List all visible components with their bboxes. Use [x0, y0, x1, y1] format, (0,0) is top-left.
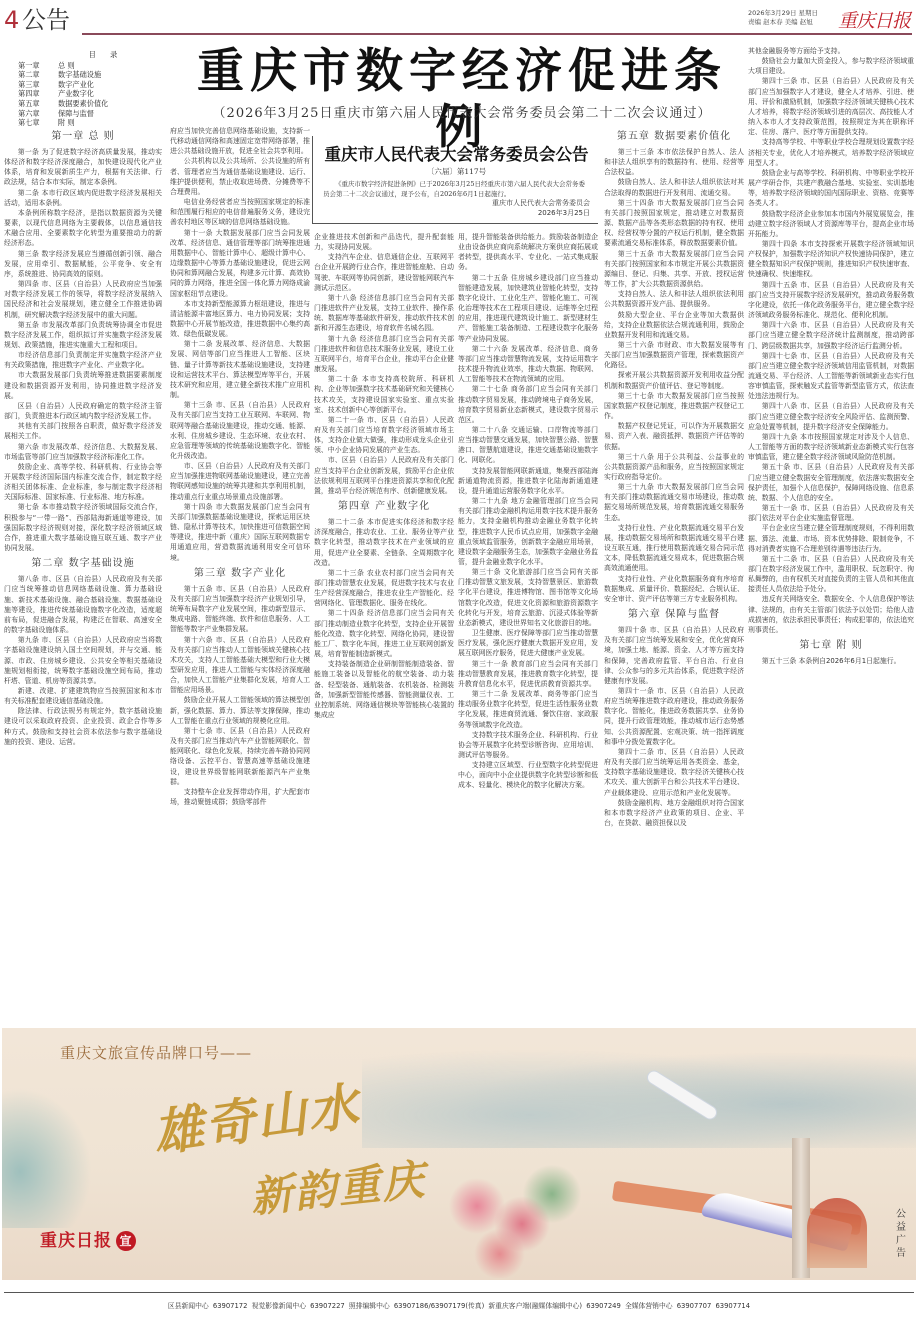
article-paragraph: 鼓励企业与高等学校、科研机构、中等职业学校开展产学研合作，共建产教融合基地、实验… — [748, 168, 914, 209]
article-paragraph: 数据产权登记凭证，可以作为开展数据交易、资产入表、融资抵押、数据资产评估等的依据… — [604, 421, 744, 451]
flowers-illustration — [432, 1158, 582, 1278]
article-paragraph: 第六条 市发展改革、经济信息、大数据发展、市场监管等部门应当加强数字经济标准化工… — [4, 442, 162, 462]
article-paragraph: 第十六条 市、区县（自治县）人民政府及有关部门应当推动人工智能领域关键核心技术攻… — [170, 635, 310, 696]
article-paragraph: 市经济信息部门负责制定并实施数字经济产业有关政策措施，推进数字产业化、产业数字化… — [4, 350, 162, 370]
toc-chapter-number: 第四章 — [18, 89, 58, 99]
text-column-3: 企业推进技术创新和产品迭代，提升配套能力，实现协同发展。支持汽车企业、信息通信企… — [314, 232, 454, 1026]
article-paragraph: 第四十四条 本市支持探索开展数字经济领域知识产权保护，加强数字经济知识产权快速协… — [748, 239, 914, 280]
article-paragraph: 第四十九条 本市按照国家规定对涉及个人信息、人工智能等方面的数字经济领域新业态新… — [748, 432, 914, 462]
ad-brand-name: 重庆日报 — [40, 1231, 112, 1251]
chapter-heading: 第三章 数字产业化 — [170, 565, 310, 582]
article-paragraph: 区县（自治县）人民政府确定的数字经济主管部门，负责推进本行政区域内数字经济发展工… — [4, 401, 162, 421]
article-paragraph: 第二十条 本市支持高校院所、科研机构、企业等加强数字技术基础研究和关键核心技术攻… — [314, 374, 454, 415]
footer-rule — [4, 1292, 914, 1293]
article-paragraph: 第二十九条 地方金融管理部门应当会同有关部门推动金融机构运用数字技术提升服务能力… — [458, 496, 598, 567]
newspaper-logo: 重庆日报 — [838, 6, 910, 33]
article-paragraph: 第二十二条 本市促进实体经济和数字经济深度融合，推动农业、工业、服务业等产业数字… — [314, 517, 454, 568]
ad-slogan-line2: 新韵重庆 — [247, 1147, 428, 1225]
article-paragraph: 违反有关网络安全、数据安全、个人信息保护等法律、法规的，由有关主管部门依法予以处… — [748, 594, 914, 635]
article-paragraph: 第三十二条 发展改革、商务等部门应当推动服务业数字化转型，促进生活性服务业数字化… — [458, 689, 598, 730]
toc-chapter-number: 第二章 — [18, 70, 58, 80]
article-paragraph: 支持建立区域型、行业型数字化转型促进中心，面向中小企业提供数字化转型诊断和低成本… — [458, 760, 598, 790]
article-paragraph: 府应当加快完善信息网络基础设施，支持新一代移动通信网络和高速固定宽带网络部署，推… — [170, 126, 310, 156]
toc-chapter-name: 数字基础设施 — [58, 70, 101, 80]
article-paragraph: 第十九条 经济信息部门应当会同有关部门推进软件和信息技术服务业发展，建设工业互联… — [314, 334, 454, 375]
article-paragraph: 支持行业性、产业化数据服务商有序培育数据集成、质量评价、数据经纪、合规认证、安全… — [604, 574, 744, 604]
table-of-contents: 目 录 第一章总 则第二章数字基础设施第三章数字产业化第四章产业数字化第五章数据… — [18, 50, 158, 128]
toc-chapter-name: 保障与监督 — [58, 109, 94, 119]
official-notice: 重庆市人民代表大会常务委员会公告 〔六届〕第117号 《重庆市数字经济促进条例》… — [312, 136, 598, 224]
page-subtitle: （2026年3月25日重庆市第六届人民代表大会常务委员会第二十二次会议通过） — [172, 102, 752, 121]
article-paragraph: 第二条 本市行政区域内促进数字经济发展相关活动，适用本条例。 — [4, 188, 162, 208]
toc-chapter-name: 数据要素价值化 — [58, 99, 108, 109]
text-column-2: 府应当加快完善信息网络基础设施，支持新一代移动通信网络和高速固定宽带网络部署，推… — [170, 126, 310, 1026]
article-paragraph: 第四十八条 市、区县（自治县）人民政府及有关部门应当建立健全数字经济安全风险评估… — [748, 401, 914, 431]
article-paragraph: 第三十条 文化旅游部门应当会同有关部门推动智慧文旅发展，支持智慧景区、旅游数字化… — [458, 567, 598, 628]
article-paragraph: 支持自然人、法人和非法人组织依法利用公共数据资源开发产品、提供服务。 — [604, 289, 744, 309]
chapter-heading: 第七章 附 则 — [748, 637, 914, 654]
article-paragraph: 第三十一条 教育部门应当会同有关部门推动智慧教育发展，推进教育数字化转型，提升教… — [458, 659, 598, 689]
article-paragraph: 第四十五条 市、区县（自治县）人民政府及有关部门应当支持开展数字经济发展研究，推… — [748, 280, 914, 321]
mountain-illustration — [362, 1038, 916, 1148]
article-paragraph: 第三十四条 市大数据发展部门应当会同有关部门按照国家规定，推动建立对数据资源、数… — [604, 198, 744, 249]
article-paragraph: 第五十三条 本条例自2026年6月1日起施行。 — [748, 656, 914, 666]
article-paragraph: 第十八条 经济信息部门应当会同有关部门推进软件产业发展，支持工业软件、操作系统、… — [314, 293, 454, 334]
article-paragraph: 公共机构以及公共场所、公共设施的所有者、管理者应当为通信基础设施建设、运行、维护… — [170, 156, 310, 197]
article-paragraph: 第十五条 市、区县（自治县）人民政府及有关部门应当加强数字经济产业规划引导，统筹… — [170, 584, 310, 635]
article-paragraph: 鼓励金融机构、地方金融组织对符合国家和本市数字经济产业政策的项目、企业、平台，在… — [604, 798, 744, 828]
article-paragraph: 鼓励社会力量加大资金投入，参与数字经济领域重大项目建设。 — [748, 56, 914, 76]
public-service-ad: 重庆文旅宣传品牌口号—— 雄奇山水 新韵重庆 重庆日报宣 公益广告 — [2, 1028, 916, 1280]
article-paragraph: 鼓励大型企业、平台企业等加大数据供给，支持企业数据依法合规流通利用，鼓励企业数据… — [604, 310, 744, 340]
section-name: 公告 — [22, 6, 70, 34]
toc-item: 第三章数字产业化 — [18, 80, 158, 90]
page-number: 4 — [4, 6, 19, 34]
article-paragraph: 第五条 市发展改革部门负责统筹协调全市促进数字经济发展工作，组织拟订并实施数字经… — [4, 320, 162, 350]
toc-chapter-number: 第一章 — [18, 61, 58, 71]
article-paragraph: 其他金融服务等方面给予支持。 — [748, 46, 914, 56]
article-paragraph: 支持行业性、产业化数据流通交易平台发展，推动数据交易场所和数据流通交易平台建设互… — [604, 523, 744, 574]
toc-item: 第二章数字基础设施 — [18, 70, 158, 80]
article-paragraph: 第二十一条 市、区县（自治县）人民政府及有关部门应当培育数字经济领域市场主体，支… — [314, 415, 454, 456]
article-paragraph: 鼓励企业开展人工智能领域的算法模型创新，强化数据、算力、算法等支撑保障，推动人工… — [170, 695, 310, 725]
toc-item: 第六章保障与监督 — [18, 109, 158, 119]
toc-chapter-name: 产业数字化 — [58, 89, 94, 99]
article-paragraph: 支持汽车企业、信息通信企业、互联网平台企业开展跨行业合作，推进智能座舱、自动驾驶… — [314, 252, 454, 293]
article-paragraph: 新建、改建、扩建建筑物应当按照国家和本市有关标准配套建设通信基础设施。 — [4, 686, 162, 706]
mountain-illustration-left — [2, 1088, 92, 1228]
footer-contacts: 区县新闻中心 63907172 视觉影像新闻中心 63907227 照排编辑中心… — [0, 1300, 918, 1310]
article-paragraph: 第二十四条 经济信息部门应当会同有关部门推动制造业数字化转型，支持企业开展智能化… — [314, 608, 454, 659]
article-paragraph: 鼓励企业、高等学校、科研机构、行业协会等开展数字经济国际国内标准交流合作，制定数… — [4, 462, 162, 503]
article-paragraph: 第九条 市、区县（自治县）人民政府应当将数字基础设施建设纳入国土空间规划，并与交… — [4, 635, 162, 686]
article-paragraph: 支持整车企业发挥带动作用，扩大配套市场，推动聚链成群；鼓励零部件 — [170, 787, 310, 807]
article-paragraph: 市、区县（自治县）人民政府及有关部门应当加强推进物联网基础设施建设，建立完善物联… — [170, 461, 310, 502]
article-paragraph: 第四十一条 市、区县（自治县）人民政府应当统筹推进数字政府建设，推动政务服务数字… — [604, 686, 744, 747]
article-paragraph: 第五十二条 市、区县（自治县）人民政府及有关部门在数字经济发展工作中，滥用职权、… — [748, 554, 914, 595]
issue-date: 2026年3月29日 星期日 — [748, 9, 818, 18]
article-paragraph: 第三条 数字经济发展应当遵循创新引领、融合发展，应用牵引、数据赋能，公平竞争、安… — [4, 249, 162, 279]
article-paragraph: 第五十条 市、区县（自治县）人民政府及有关部门应当建立健全数据安全管理制度，依法… — [748, 462, 914, 503]
masthead-meta: 2026年3月29日 星期日 责编 赵本春 美编 赵旭 — [748, 9, 818, 27]
article-paragraph: 市大数据发展部门负责统筹推进数据要素制度建设和数据资源开发利用，协同推进数字经济… — [4, 370, 162, 400]
notice-date: 2026年3月25日 — [323, 209, 590, 219]
chapter-heading: 第二章 数字基础设施 — [4, 555, 162, 572]
text-column-5: 第五章 数据要素价值化第三十三条 本市依法保护自然人、法人和非法人组织享有的数据… — [604, 126, 744, 1026]
article-paragraph: 第三十三条 本市依法保护自然人、法人和非法人组织享有的数据持有、使用、经营等合法… — [604, 147, 744, 177]
toc-chapter-number: 第三章 — [18, 80, 58, 90]
article-paragraph: 第二十七条 商务部门应当会同有关部门推动数字贸易发展，推动跨境电子商务发展，培育… — [458, 384, 598, 425]
article-paragraph: 鼓励自然人、法人和非法人组织依法对其合法取得的数据进行开发利用、流通交易。 — [604, 177, 744, 197]
notice-body: 《重庆市数字经济促进条例》已于2026年3月25日经重庆市第六届人民代表大会常务… — [323, 180, 590, 199]
article-paragraph: 第二十三条 农业农村部门应当会同有关部门推动智慧农业发展，促进数字技术与农业生产… — [314, 568, 454, 609]
article-paragraph: 第二十五条 住房城乡建设部门应当推动智能建造发展，加快建筑业智能化转型，支持数字… — [458, 273, 598, 344]
toc-chapter-number: 第五章 — [18, 99, 58, 109]
article-paragraph: 第二十八条 交通运输、口岸物流等部门应当推动智慧交通发展，加快智慧公路、智慧港口… — [458, 425, 598, 466]
article-paragraph: 第二十六条 发展改革、经济信息、商务等部门应当推动智慧物流发展，支持运用数字技术… — [458, 344, 598, 385]
ad-side-label: 公益广告 — [894, 1208, 908, 1260]
toc-item: 第一章总 则 — [18, 61, 158, 71]
toc-chapter-number: 第六章 — [18, 109, 58, 119]
article-paragraph: 第七条 本市推动数字经济领域国际交流合作，积极参与“一带一路”、西部陆海新通道等… — [4, 502, 162, 553]
article-paragraph: 除法律、行政法规另有规定外，数字基础设施建设可以采取政府投资、企业投资、政企合作… — [4, 706, 162, 747]
article-paragraph: 第三十五条 市大数据发展部门应当会同有关部门按照国家和本市规定开展公共数据资源编… — [604, 249, 744, 290]
editor-credits: 责编 赵本春 美编 赵旭 — [748, 18, 818, 27]
article-paragraph: 第八条 市、区县（自治县）人民政府及有关部门应当统筹推动信息网络基础设施、算力基… — [4, 574, 162, 635]
article-paragraph: 第四条 市、区县（自治县）人民政府应当加强对数字经济发展工作的领导，将数字经济发… — [4, 279, 162, 320]
article-paragraph: 卫生健康、医疗保障等部门应当推动智慧医疗发展，强化医疗健康大数据开发应用，发展互… — [458, 628, 598, 658]
article-paragraph: 第四十三条 市、区县（自治县）人民政府及有关部门应当加强数字人才建设，健全人才培… — [748, 76, 914, 137]
article-paragraph: 第十四条 市大数据发展部门应当会同有关部门加强数据基础设施建设，探索运用区块链、… — [170, 502, 310, 563]
text-column-4: 用，提升智能装备供给能力。鼓励装备制造企业由设备供应商向系统解决方案供应商拓展或… — [458, 232, 598, 1026]
masthead: 4 公告 2026年3月29日 星期日 责编 赵本春 美编 赵旭 重庆日报 — [0, 0, 918, 40]
article-paragraph: 平台企业应当建立健全管理制度规则，不得利用数据、算法、流量、市场、资本优势排除、… — [748, 523, 914, 553]
chapter-heading: 第五章 数据要素价值化 — [604, 128, 744, 145]
toc-item: 第四章产业数字化 — [18, 89, 158, 99]
notice-number: 〔六届〕第117号 — [323, 166, 590, 178]
toc-chapter-name: 数字产业化 — [58, 80, 94, 90]
pagoda-illustration — [807, 1198, 867, 1268]
article-paragraph: 其他有关部门按照各自职责，做好数字经济发展相关工作。 — [4, 421, 162, 441]
article-paragraph: 支持高等学校、中等职业学校合理规划设置数字经济相关专业，优化人才培养模式，培养数… — [748, 137, 914, 167]
ad-brand: 重庆日报宣 — [40, 1226, 136, 1251]
article-paragraph: 探索开展公共数据资源开发利用收益分配机制和数据资产价值评估、登记等制度。 — [604, 370, 744, 390]
text-column-1: 第一章 总 则第一条 为了促进数字经济高质量发展，推动实体经济和数字经济深度融合… — [4, 126, 162, 1026]
article-paragraph: 第四十六条 市、区县（自治县）人民政府及有关部门应当建立健全数字经济统计监测制度… — [748, 320, 914, 350]
article-paragraph: 用，提升智能装备供给能力。鼓励装备制造企业由设备供应商向系统解决方案供应商拓展或… — [458, 232, 598, 273]
article-paragraph: 第三十八条 用于公共利益、公益事业的公共数据资源产品和服务，应当按照国家规定实行… — [604, 452, 744, 482]
chapter-heading: 第四章 产业数字化 — [314, 498, 454, 515]
article-paragraph: 支持发展智能网联新通道，集聚西部陆海新通道物流资源，推进数字化陆海新通道建设，提… — [458, 466, 598, 496]
ad-kicker: 重庆文旅宣传品牌口号—— — [60, 1042, 252, 1063]
article-paragraph: 本条例所称数字经济，是指以数据资源为关键要素，以现代信息网络为主要载体，以信息通… — [4, 208, 162, 249]
article-paragraph: 第四十条 市、区县（自治县）人民政府及有关部门应当统筹发展和安全，优化营商环境，… — [604, 625, 744, 686]
article-paragraph: 第十三条 市、区县（自治县）人民政府及有关部门应当支持工业互联网、车联网、物联网… — [170, 400, 310, 461]
notice-title: 重庆市人民代表大会常务委员会公告 — [323, 144, 590, 166]
text-column-6: 其他金融服务等方面给予支持。鼓励社会力量加大资金投入，参与数字经济领域重大项目建… — [748, 46, 914, 1026]
toc-chapter-name: 总 则 — [58, 61, 75, 71]
article-paragraph: 第三十九条 市大数据发展部门应当会同有关部门推动数据流通交易市场建设，推动数据交… — [604, 482, 744, 523]
article-paragraph: 第三十七条 市大数据发展部门应当按照国家数据产权登记制度，推进数据产权登记工作。 — [604, 391, 744, 421]
article-paragraph: 支持数字技术服务企业、科研机构、行业协会等开展数字化转型诊断咨询、应用培训、测试… — [458, 730, 598, 760]
article-paragraph: 企业推进技术创新和产品迭代，提升配套能力，实现协同发展。 — [314, 232, 454, 252]
article-paragraph: 本市支持新型能源算力枢纽建设，推进与清洁能源丰富地区算力、电力协同发展；支持数据… — [170, 299, 310, 340]
article-paragraph: 第三十六条 市财政、市大数据发展等有关部门应当加强数据资产管理，探索数据资产化路… — [604, 340, 744, 370]
article-paragraph: 鼓励数字经济企业参加本市国内外展览展览会，推动建立数字经济领域人才资源库等平台，… — [748, 209, 914, 239]
article-paragraph: 第十二条 发展改革、经济信息、大数据发展、网信等部门应当推进人工智能、区块链、量… — [170, 339, 310, 400]
article-paragraph: 第四十二条 市、区县（自治县）人民政府及有关部门应当统筹运用各类资金、基金，支持… — [604, 747, 744, 798]
toc-title: 目 录 — [18, 50, 158, 60]
chapter-heading: 第六章 保障与监督 — [604, 606, 744, 623]
promo-badge-icon: 宣 — [116, 1231, 136, 1251]
chapter-heading: 第一章 总 则 — [4, 128, 162, 145]
article-paragraph: 第五十一条 市、区县（自治县）人民政府及有关部门依法对平台企业实施监督管理。 — [748, 503, 914, 523]
masthead-rule — [82, 33, 912, 35]
article-paragraph: 第十七条 市、区县（自治县）人民政府及有关部门应当推动汽车产业智能网联化、智能网… — [170, 726, 310, 787]
notice-signer: 重庆市人民代表大会常务委员会 — [323, 199, 590, 209]
toc-item: 第五章数据要素价值化 — [18, 99, 158, 109]
article-paragraph: 第十一条 大数据发展部门应当会同发展改革、经济信息、通信管理等部门统筹推进通用数… — [170, 228, 310, 299]
article-paragraph: 第四十七条 市、区县（自治县）人民政府及有关部门应当建立健全数字经济领域信用监管… — [748, 351, 914, 402]
article-paragraph: 第一条 为了促进数字经济高质量发展，推动实体经济和数字经济深度融合，加快建设现代… — [4, 147, 162, 188]
article-paragraph: 市、区县（自治县）人民政府及有关部门应当支持平台企业创新发展，鼓励平台企业依法依… — [314, 455, 454, 496]
article-paragraph: 支持装备制造企业研制智能制造装备、智能施工装备以及智能化的航空装备、动力装备、轻… — [314, 659, 454, 720]
ad-slogan-line1: 雄奇山水 — [148, 1066, 364, 1166]
article-paragraph: 电信业务经营者应当按照国家规定的标准和范围履行相应的电信普遍服务义务，建设完善农… — [170, 197, 310, 227]
